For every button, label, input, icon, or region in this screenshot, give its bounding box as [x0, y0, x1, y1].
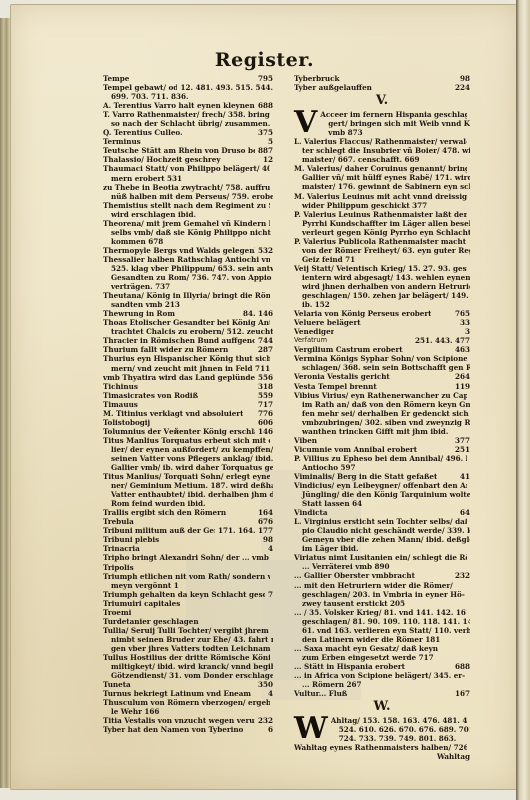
entry-term: Viminalis/ Berg in die Statt gefaßet — [294, 472, 437, 481]
index-entry: Titus Manlius Torquatus erbeut sich mit … — [103, 436, 273, 472]
dropcap-initial: V — [294, 110, 317, 136]
entry-line: Tichinus318 — [103, 382, 273, 391]
entry-continuation: 524. 610. 626. 670. 676. 689. 701. 716. … — [331, 725, 470, 734]
entry-line: Tolistobogij606 — [103, 418, 273, 427]
entry-term: Titus Manlius Torquatus erbeut sich mit … — [103, 436, 270, 445]
entry-page-ref: 33 — [460, 318, 470, 327]
index-entry: Teutsche Stätt am Rhein von Druso bekrie… — [103, 146, 273, 155]
index-entry: Tuneta350 — [103, 680, 273, 689]
index-entry: Vermina Königs Syphar Sohn/ von Scipione… — [294, 354, 470, 372]
entry-term: Tolumnius der Vейenter König erschlagen — [103, 427, 255, 436]
entry-continuation: wider Philippum geschickt 377 — [294, 201, 470, 210]
entry-page-ref: 84. 146 — [243, 309, 273, 318]
index-entry: Tripho bringt Alexandri Sohn/ der ... vm… — [103, 553, 273, 562]
entry-term: Viben — [294, 436, 317, 445]
index-entry: Vesta Tempel brennt119 — [294, 382, 470, 391]
entry-term: Titus Manlius/ Torquati Sohn/ erlegt eyn… — [103, 472, 270, 481]
entry-line: Trinacria4 — [103, 544, 273, 553]
entry-line: Vultur... Fluß167 — [294, 689, 470, 698]
index-entry: Venediger3 — [294, 327, 470, 336]
entry-line: Thaumaci Statt/ von Philippo belägert/ 4… — [103, 164, 273, 173]
entry-line: Timasicrates von Rodiß559 — [103, 391, 273, 400]
entry-line: M. Valerius/ daher Coruinus genannt/ bri… — [294, 164, 470, 173]
entry-continuation: geschlagen/ 203. in Vmbria in eyner Hö- — [294, 590, 470, 599]
index-entry: Tolumnius der Vейenter König erschlagen1… — [103, 427, 273, 436]
entry-term: Tullus Hostilius der dritte Römische Kön… — [103, 653, 270, 662]
entry-term: Thermopyle Bergs vnd Walds gelegenheit — [103, 246, 255, 255]
index-entry: Terminus5 — [103, 137, 273, 146]
entry-line: L. Valerius Flaccus/ Rathenmaister/ verw… — [294, 137, 470, 146]
entry-term: Tripho bringt Alexandri Sohn/ der ... vm… — [103, 553, 269, 562]
entry-term: Thurius eyn Hispanischer König thut sich… — [103, 354, 270, 363]
entry-line: Titus Manlius Torquatus erbeut sich mit … — [103, 436, 273, 445]
entry-continuation: Götzendienst/ 31. vom Donder erschlagen … — [103, 671, 273, 680]
entry-term: Veronia Vestalis gericht — [294, 372, 390, 381]
index-entry: Turdetanier geschlagen — [103, 617, 273, 626]
entry-continuation: Antiocho 597 — [294, 463, 470, 472]
entry-term: Tyberbruck — [294, 74, 340, 83]
entry-line: Troemi — [103, 608, 273, 617]
entry-term: Tribuni militum auß der Gemeyn erwehlt — [103, 526, 215, 535]
entry-term: Vesta Tempel brennt — [294, 382, 377, 391]
entry-term: Titia Vestalis von vnzucht wegen verurth… — [103, 716, 255, 725]
section-letter-v: VAcceer im fernern Hispania geschlagen/ … — [294, 110, 470, 698]
index-entry: Veronia Vestalis gericht264 — [294, 372, 470, 381]
entry-continuation: nimbt seinen Bruder zur Ehe/ 43. fahrt m… — [103, 635, 273, 644]
index-entry: Tempel gebawt/ oder geweihet/12. 481. 49… — [103, 83, 273, 101]
index-entry: Timasicrates von Rodiß559 — [103, 391, 273, 400]
entry-continuation: ientern wird abgesagt/ 143. wehlen eynen… — [294, 273, 470, 282]
entry-continuation: ter schlegt die Insubrier vñ Boier/ 478.… — [294, 146, 470, 155]
entry-term: Wahltag eynes Rathenmaisters halben/ 726… — [294, 743, 467, 752]
entry-line: ... / 35. Volsker Krieg/ 81. vnd 141. 14… — [294, 608, 470, 617]
entry-continuation: trachtet Chalcis zu erobern/ 512. zeucht… — [103, 327, 273, 336]
entry-line: P. Valerius Publicola Rathenmaister mach… — [294, 237, 470, 246]
index-entry: ... Gallier Oberster vmbbracht232 — [294, 571, 470, 580]
index-column-right: Tyberbruck98Tyber außgelauffen224V.VAcce… — [294, 74, 470, 761]
entry-continuation: verleurt gegen König Pyrrho eyn Schlacht… — [294, 228, 470, 237]
page-title: Register. — [11, 49, 518, 71]
index-entry: Thermopyle Bergs vnd Walds gelegenheit53… — [103, 246, 273, 255]
entry-term: Timasicrates von Rodiß — [103, 391, 198, 400]
entry-continuation: wanthen trincken Gifft mit jhm ibid. — [294, 427, 470, 436]
entry-continuation: seinen Vatter vons Pflegers anklag/ ibid… — [103, 454, 273, 463]
entry-continuation: verträgen. 737 — [103, 282, 273, 291]
entry-line: Velaria von König Perseus erobert765 — [294, 309, 470, 318]
index-entry: Theutana/ König in Illyria/ bringt die R… — [103, 291, 273, 309]
entry-line: Vesta Tempel brennt119 — [294, 382, 470, 391]
index-entry: Viriatus nimt Lusitanien ein/ schlegt di… — [294, 553, 470, 571]
entry-continuation: geschlagen/ 150. zehen jar belägert/ 149… — [294, 291, 470, 300]
index-entry: P. Valerius Publicola Rathenmaister mach… — [294, 237, 470, 264]
index-entry: Thessalier halben Rathschlag Antiochi vn… — [103, 255, 273, 291]
entry-continuation: im Rath an/ daß von den Römern keyn Gnad… — [294, 400, 470, 409]
entry-continuation: Gallier vmb/ ib. wird daher Torquatus ge… — [103, 463, 273, 472]
entry-page-ref: 377 — [455, 436, 470, 445]
entry-term: Vindicius/ eyn Leibeygner/ offenbart den… — [294, 481, 467, 490]
index-entry: ... mit den Hetruriern wider die Römer/g… — [294, 581, 470, 608]
entry-continuation: vmb 873 — [320, 128, 470, 137]
index-entry: Trebula676 — [103, 517, 273, 526]
index-column-left: Tempe795Tempel gebawt/ oder geweihet/12.… — [103, 74, 273, 734]
entry-term: Trallis ergibt sich den Römern — [103, 508, 226, 517]
entry-continuation: Gallier vñ/ mit hülff eynes Rabë/ 171. w… — [294, 173, 470, 182]
entry-page-ref: 119 — [455, 382, 470, 391]
entry-line: Thoas Etolischer Gesandter bei König Ant… — [103, 318, 273, 327]
entry-term: Theutana/ König in Illyria/ bringt die R… — [103, 291, 270, 300]
entry-page-ref: 4 — [268, 689, 273, 698]
entry-continuation: pio Claudio nicht geschändt werde/ 339. … — [294, 526, 470, 535]
entry-page-ref: 887 — [258, 146, 273, 155]
entry-line: Thurium fallt wider zu Römern287 — [103, 345, 273, 354]
index-entry: Acceer im fernern Hispania geschlagen/ 7… — [294, 110, 470, 137]
entry-continuation: Rom feind wurden ibid. — [103, 499, 273, 508]
index-entry: Tichinus318 — [103, 382, 273, 391]
entry-page-ref: 350 — [258, 680, 273, 689]
entry-line: Tyberbruck98 — [294, 74, 470, 83]
entry-continuation: 699. 703. 711. 836. — [103, 92, 273, 101]
index-entry: Tullia/ Seruij Tulli Tochter/ vergibt jh… — [103, 626, 273, 653]
index-entry: Turnus bekriegt Latinum vnd Eneam4 — [103, 689, 273, 698]
index-entry: Viben377 — [294, 436, 470, 445]
index-entry: Theorena/ mit jrem Gemahel vñ Kindern br… — [103, 219, 273, 246]
index-entry: Tyber außgelauffen224 — [294, 83, 470, 92]
index-entry: Vindicius/ eyn Leibeygner/ offenbart den… — [294, 481, 470, 508]
entry-line: Tullus Hostilius der dritte Römische Kön… — [103, 653, 273, 662]
entry-term: Tichinus — [103, 382, 138, 391]
entry-term: Thessalier halben Rathschlag Antiochi vn… — [103, 255, 270, 264]
entry-continuation: von der Römer Freiheyt/ 63. eyn guter Re… — [294, 246, 470, 255]
entry-page-ref: 688 — [258, 101, 273, 110]
entry-line: ... in Africa von Scipione belägert/ 345… — [294, 671, 470, 680]
entry-term: Thurium fallt wider zu Römern — [103, 345, 228, 354]
entry-continuation: Gemeyn vber die zehen Mann/ ibid. deßgle… — [294, 535, 470, 544]
entry-page-ref: 5 — [268, 137, 273, 146]
entry-term: Trebula — [103, 517, 134, 526]
entry-line: Triumuiri capitales — [103, 599, 273, 608]
entry-line: Thurius eyn Hispanischer König thut sich… — [103, 354, 273, 363]
entry-continuation: maister/ 176. gewinnt de Sabinern eyn sc… — [294, 182, 470, 191]
entry-line: Thermopyle Bergs vnd Walds gelegenheit53… — [103, 246, 273, 255]
entry-continuation: selbs vmb/ daß sie König Philippo nicht … — [103, 228, 273, 237]
entry-term: ... / 35. Volsker Krieg/ 81. vnd 141. 14… — [294, 608, 467, 617]
entry-term: P. Valerius Publicola Rathenmaister mach… — [294, 237, 467, 246]
entry-line: ... Gallier Oberster vmbbracht232 — [294, 571, 470, 580]
letter-v-heading: V. — [294, 93, 470, 109]
index-entry: Themistius stellt nach dem Regiment zu S… — [103, 201, 273, 219]
entry-page-ref: 318 — [258, 382, 273, 391]
entry-term: Tuneta — [103, 680, 131, 689]
entry-continuation: mern erobert 531 — [103, 174, 273, 183]
index-entry: Vindicta64 — [294, 508, 470, 517]
entry-term: Triumph gehalten da keyn Schlacht gesche… — [103, 590, 265, 599]
entry-page-ref: 98 — [460, 74, 470, 83]
entry-page-ref: 264 — [455, 372, 470, 381]
entry-term: P. Villius zu Epheso bei dem Annibal/ 49… — [294, 454, 467, 463]
entry-line: M. Valerius Leuinus mit acht vnnd dreiss… — [294, 192, 470, 201]
entry-line: Vindicius/ eyn Leibeygner/ offenbart den… — [294, 481, 470, 490]
entry-term: ... Gallier Oberster vmbbracht — [294, 571, 415, 580]
entry-line: P. Villius zu Epheso bei dem Annibal/ 49… — [294, 454, 470, 463]
index-entry: Tullus Hostilius der dritte Römische Kön… — [103, 653, 273, 680]
entry-page-ref: 98 — [263, 535, 273, 544]
index-entry: Veluere belägert33 — [294, 318, 470, 327]
entry-term: Turdetanier geschlagen — [103, 617, 199, 626]
entry-page-ref: 164 — [258, 508, 273, 517]
entry-page-ref: 64 — [460, 508, 470, 517]
entry-continuation: Gesandten zu Rom/ 736. 747. von Appio Cl… — [103, 273, 273, 282]
entry-term: Tyber außgelauffen — [294, 83, 372, 92]
index-entry: Thewrung in Rom84. 146 — [103, 309, 273, 318]
index-entry: Trallis ergibt sich den Römern164 — [103, 508, 273, 517]
index-entry: zu Thebe in Beotia zwytracht/ 758. auffr… — [103, 183, 273, 201]
entry-term: M. Titinius verklagt vnd absoluiert — [103, 409, 243, 418]
entry-term: Q. Terentius Culleo. — [103, 128, 183, 137]
entry-page-ref: 556 — [258, 373, 273, 382]
entry-line: Vibius Virius/ eyn Rathenerwancher zu Ca… — [294, 391, 470, 400]
entry-line: Thusculum von Römern vberzogen/ ergeben … — [103, 698, 273, 707]
entry-continuation: 525. klag vber Philippum/ 653. sein antw… — [103, 264, 273, 273]
entry-continuation: ner/ Geminium Metium. 187. wird deßhalb … — [103, 481, 273, 490]
entry-term: A. Terentius Varro halt eynen kleynen Tr… — [103, 101, 255, 110]
index-entry: Vicumnie vom Annibal erobert251 — [294, 445, 470, 454]
entry-line: Vindicta64 — [294, 508, 470, 517]
entry-page-ref: 3 — [465, 327, 470, 336]
entry-continuation: Pyrrhi Kundschaffter im Läger allen bese… — [294, 219, 470, 228]
entry-line: Venediger3 — [294, 327, 470, 336]
entry-line: Acceer im fernern Hispania geschlagen/ 7… — [320, 110, 470, 119]
entry-term: L. Virginius ersticht sein Tochter selbs… — [294, 517, 467, 526]
entry-term: Timauus — [103, 400, 138, 409]
entry-line: Verfatrum251. 443. 477 — [294, 336, 470, 345]
entry-line: P. Valerius Leuinus Rathenmaister laßt d… — [294, 210, 470, 219]
entry-line: Titus Manlius/ Torquati Sohn/ erlegt eyn… — [103, 472, 273, 481]
entry-term: Viriatus nimt Lusitanien ein/ schlegt di… — [294, 553, 467, 562]
entry-term: Velaria von König Perseus erobert — [294, 309, 431, 318]
entry-continuation: Statt lassen 64 — [294, 499, 470, 508]
entry-line: M. Titinius verklagt vnd absoluiert776 — [103, 409, 273, 418]
entry-term: Thaumaci Statt/ von Philippo belägert/ 4… — [103, 164, 270, 173]
index-entry: Triumph gehalten da keyn Schlacht gesche… — [103, 590, 273, 599]
index-entry: Triumph etlichen nit vom Rath/ sondern v… — [103, 572, 273, 590]
index-entry: Tyberbruck98 — [294, 74, 470, 83]
entry-line: Triumph etlichen nit vom Rath/ sondern v… — [103, 572, 273, 581]
entry-page-ref: 776 — [258, 409, 273, 418]
entry-continuation: maister/ 667. censchafft. 669 — [294, 155, 470, 164]
entry-line: Turnus bekriegt Latinum vnd Eneam4 — [103, 689, 273, 698]
entry-line: Tuneta350 — [103, 680, 273, 689]
entry-page-ref: 232 — [455, 571, 470, 580]
entry-page-ref: 232 — [258, 716, 273, 725]
entry-line: Theorena/ mit jrem Gemahel vñ Kindern br… — [103, 219, 273, 228]
entry-page-ref: 606 — [258, 418, 273, 427]
entry-continuation: fen mehr sei/ derhalben Er gedenckt sich… — [294, 409, 470, 418]
index-entry: Thalassio/ Hochzeit geschrey12 — [103, 155, 273, 164]
entry-line: vmb Thyatira wird das Land geplündert556 — [103, 373, 273, 382]
entry-continuation: ... Römern 267 — [294, 680, 470, 689]
entry-continuation: gert/ bringen sich mit Weib vnnd Kind se… — [320, 119, 470, 128]
entry-continuation: wird erschlagen ibid. — [103, 210, 273, 219]
index-entry: Tripolis — [103, 563, 273, 572]
entry-page-ref: 251 — [455, 445, 470, 454]
entry-continuation: sandten vmb 213 — [103, 300, 273, 309]
entry-term: Teutsche Stätt am Rhein von Druso bekrie… — [103, 146, 255, 155]
entry-line: Veronia Vestalis gericht264 — [294, 372, 470, 381]
entry-term: Trinacria — [103, 544, 140, 553]
entry-term: Acceer im fernern Hispania geschlagen/ 7… — [320, 110, 467, 119]
entry-term: Tripolis — [103, 563, 134, 572]
entry-line: Veij Statt/ Veientisch Krieg/ 15. 27. 93… — [294, 264, 470, 273]
entry-line: Vermina Königs Syphar Sohn/ von Scipione… — [294, 354, 470, 363]
index-entry: L. Valerius Flaccus/ Rathenmaister/ verw… — [294, 137, 470, 164]
entry-continuation: Geiz feind 71 — [294, 255, 470, 264]
index-entry: P. Valerius Leuinus Rathenmaister laßt d… — [294, 210, 470, 237]
index-entry: Thaumaci Statt/ von Philippo belägert/ 4… — [103, 164, 273, 182]
section-letter-w: WAhltag/ 153. 158. 163. 476. 481. 493. 5… — [294, 716, 470, 752]
entry-page-ref: 463 — [455, 345, 470, 354]
entry-page-ref: 744 — [258, 336, 273, 345]
entry-page-ref: 171. 164. 177 — [218, 526, 273, 535]
entry-page-ref: 146 — [258, 427, 273, 436]
entry-continuation: zum Erben eingesetzt werde 717 — [294, 653, 470, 662]
entry-continuation: le Wehr 166 — [103, 707, 273, 716]
entry-term: L. Valerius Flaccus/ Rathenmaister/ verw… — [294, 137, 467, 146]
entry-term: Vindicta — [294, 508, 328, 517]
entry-term: ... Saxa macht eyn Gesatz/ daß keyn — [294, 644, 438, 653]
entry-line: A. Terentius Varro halt eynen kleynen Tr… — [103, 101, 273, 110]
index-entry: Titia Vestalis von vnzucht wegen verurth… — [103, 716, 273, 725]
entry-continuation: zwey tausent erstickt 205 — [294, 599, 470, 608]
entry-line: Tolumnius der Vейenter König erschlagen1… — [103, 427, 273, 436]
dropcap-initial: W — [294, 716, 328, 742]
entry-term: Verfatrum — [294, 336, 327, 345]
entry-term: zu Thebe in Beotia zwytracht/ 758. auffr… — [103, 183, 270, 192]
entry-line: Tullia/ Seruij Tulli Tochter/ vergibt jh… — [103, 626, 273, 635]
entry-term: Thoas Etolischer Gesandter bei König Ant… — [103, 318, 270, 327]
entry-page-ref: 6 — [268, 725, 273, 734]
entry-line: ... Stätt in Hispania erobert688 — [294, 662, 470, 671]
entry-term: Vicumnie vom Annibal erobert — [294, 445, 417, 454]
entry-line: Tribuni militum auß der Gemeyn erwehlt17… — [103, 526, 273, 535]
index-entry: vmb Thyatira wird das Land geplündert556 — [103, 373, 273, 382]
entry-page-ref: 795 — [258, 74, 273, 83]
entry-line: Terminus5 — [103, 137, 273, 146]
entry-continuation: kommen 678 — [103, 237, 273, 246]
entry-line: Thewrung in Rom84. 146 — [103, 309, 273, 318]
entry-continuation: Vatter enthaubtet/ ibid. derhalben jhm d… — [103, 490, 273, 499]
entry-term: ... Stätt in Hispania erobert — [294, 662, 405, 671]
entry-line: Thalassio/ Hochzeit geschrey12 — [103, 155, 273, 164]
entry-line: Wahltag eynes Rathenmaisters halben/ 726… — [294, 743, 470, 752]
entry-page-ref: 287 — [258, 345, 273, 354]
entry-line: Tempe795 — [103, 74, 273, 83]
index-entry: M. Valerius Leuinus mit acht vnnd dreiss… — [294, 192, 470, 210]
entry-continuation: ... Verräterei vmb 890 — [294, 562, 470, 571]
entry-continuation: 724. 733. 739. 749. 801. 863. — [331, 734, 470, 743]
entry-line: T. Varro Rathenmaister/ frech/ 358. brin… — [103, 110, 273, 119]
entry-page-ref: 251. 443. 477 — [415, 336, 470, 345]
index-entry: Wahltag eynes Rathenmaisters halben/ 726… — [294, 743, 470, 752]
entry-term: Vibius Virius/ eyn Rathenerwancher zu Ca… — [294, 391, 467, 400]
entry-line: Timauus717 — [103, 400, 273, 409]
entry-continuation: Jüngling/ die den König Tarquinium wolte… — [294, 490, 470, 499]
entry-continuation: geschlagen/ 81. 90. 109. 110. 118. 141. … — [294, 617, 470, 626]
entry-term: Ahltag/ 153. 158. 163. 476. 481. 493. 50… — [331, 716, 467, 725]
entry-term: Tullia/ Seruij Tulli Tochter/ vergibt jh… — [103, 626, 270, 635]
entry-continuation: den Latinern wider die Römer 181 — [294, 635, 470, 644]
index-entry: Trinacria4 — [103, 544, 273, 553]
catchword: Wahltag — [294, 752, 470, 761]
entry-term: vmb Thyatira wird das Land geplündert — [103, 373, 255, 382]
index-entry: Thracier in Römischen Bund auffgenommen7… — [103, 336, 273, 345]
index-entry: Thoas Etolischer Gesandter bei König Ant… — [103, 318, 273, 336]
entry-term: Vergilium Castrum erobert — [294, 345, 403, 354]
index-entry: T. Varro Rathenmaister/ frech/ 358. brin… — [103, 110, 273, 128]
index-entry: Q. Terentius Culleo.375 — [103, 128, 273, 137]
entry-line: ... mit den Hetruriern wider die Römer/ — [294, 581, 470, 590]
entry-page-ref: 7 — [268, 590, 273, 599]
index-entry: Thurium fallt wider zu Römern287 — [103, 345, 273, 354]
entry-term: Triumuiri capitales — [103, 599, 180, 608]
entry-line: Q. Terentius Culleo.375 — [103, 128, 273, 137]
index-entry: Troemi — [103, 608, 273, 617]
entry-line: Vicumnie vom Annibal erobert251 — [294, 445, 470, 454]
entry-page-ref: 4 — [268, 544, 273, 553]
entry-page-ref: 12. 481. 493. 515. 544. — [180, 83, 273, 92]
entry-term: Tempe — [103, 74, 129, 83]
index-entry: Velaria von König Perseus erobert765 — [294, 309, 470, 318]
index-entry: Tribuni plebis98 — [103, 535, 273, 544]
index-entry: Thusculum von Römern vberzogen/ ergeben … — [103, 698, 273, 716]
entry-line: Tempel gebawt/ oder geweihet/12. 481. 49… — [103, 83, 273, 92]
entry-page-ref: 676 — [258, 517, 273, 526]
entry-page-ref: 688 — [455, 662, 470, 671]
index-entry: Tolistobogij606 — [103, 418, 273, 427]
index-entry: Tyber hat den Namen von Tyberino6 — [103, 725, 273, 734]
index-entry: L. Virginius ersticht sein Tochter selbs… — [294, 517, 470, 553]
entry-term: Thusculum von Römern vberzogen/ ergeben … — [103, 698, 270, 707]
entry-line: Thracier in Römischen Bund auffgenommen7… — [103, 336, 273, 345]
entry-line: Tripolis — [103, 563, 273, 572]
entry-line: zu Thebe in Beotia zwytracht/ 758. auffr… — [103, 183, 273, 192]
entry-term: Vultur... Fluß — [294, 689, 347, 698]
index-entry: Tribuni militum auß der Gemeyn erwehlt17… — [103, 526, 273, 535]
entry-term: Venediger — [294, 327, 334, 336]
index-entry: P. Villius zu Epheso bei dem Annibal/ 49… — [294, 454, 470, 472]
entry-line: Vergilium Castrum erobert463 — [294, 345, 470, 354]
entry-line: Triumph gehalten da keyn Schlacht gesche… — [103, 590, 273, 599]
entry-continuation: schlagen/ 368. sein sein Bottschafft gen… — [294, 363, 470, 372]
index-entry: Verfatrum251. 443. 477 — [294, 336, 470, 345]
index-entry: Titus Manlius/ Torquati Sohn/ erlegt eyn… — [103, 472, 273, 508]
entry-page-ref: 532 — [258, 246, 273, 255]
entry-term: ... mit den Hetruriern wider die Römer/ — [294, 581, 453, 590]
entry-continuation: meyn vergönnt 1 — [103, 581, 273, 590]
entry-continuation: vmbzubringen/ 302. siben vnd zweynzig Ra… — [294, 418, 470, 427]
index-entry: M. Titinius verklagt vnd absoluiert776 — [103, 409, 273, 418]
entry-continuation: so nach der Schlacht übrig/ zusammen. 26… — [103, 119, 273, 128]
entry-line: L. Virginius ersticht sein Tochter selbs… — [294, 517, 470, 526]
index-entry: Tempe795 — [103, 74, 273, 83]
entry-line: Teutsche Stätt am Rhein von Druso bekrie… — [103, 146, 273, 155]
entry-page-ref: 12 — [263, 155, 273, 164]
index-entry: Vergilium Castrum erobert463 — [294, 345, 470, 354]
index-entry: Vibius Virius/ eyn Rathenerwancher zu Ca… — [294, 391, 470, 436]
entry-term: Tribuni plebis — [103, 535, 159, 544]
entry-term: M. Valerius/ daher Coruinus genannt/ bri… — [294, 164, 467, 173]
entry-continuation: ib. 152 — [294, 300, 470, 309]
entry-line: Tribuni plebis98 — [103, 535, 273, 544]
